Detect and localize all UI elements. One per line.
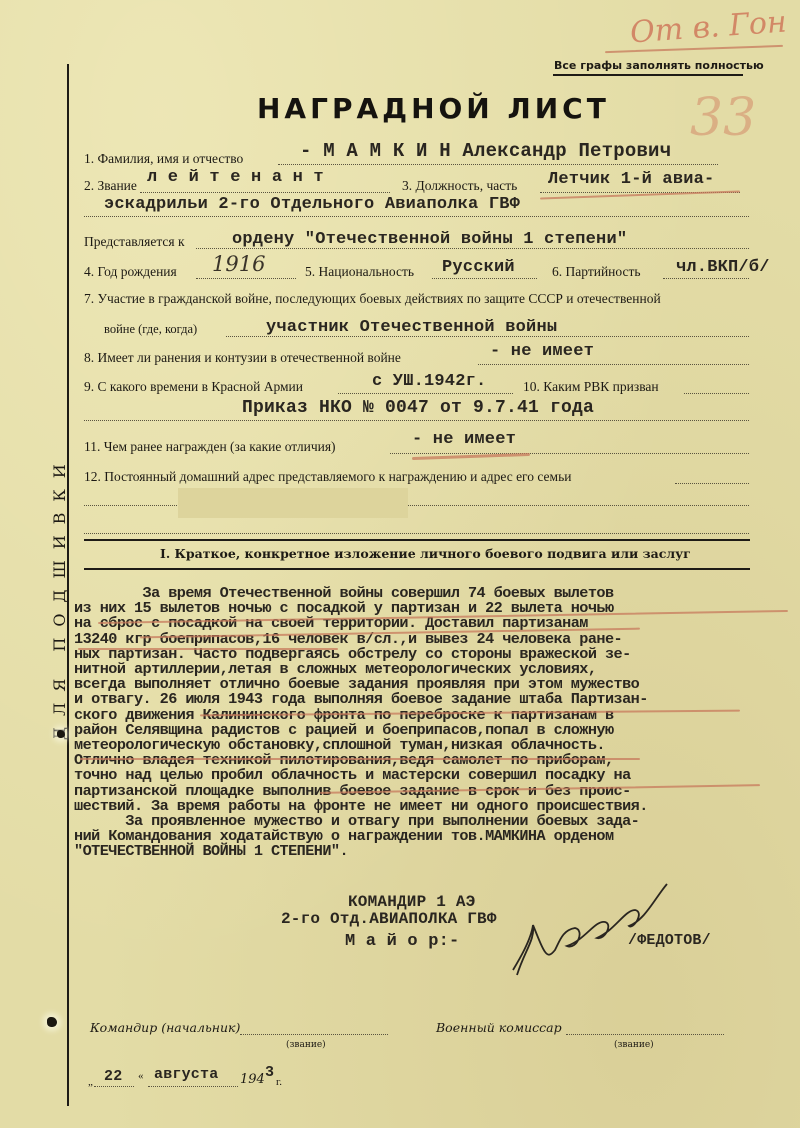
field-previous-awards-label: 11. Чем ранее награжден (за какие отличи…	[84, 439, 336, 455]
field-rank-line	[140, 192, 390, 193]
section-bottom-rule	[84, 568, 750, 570]
previous-awards-red-underline	[412, 453, 530, 460]
signature-line1: КОМАНДИР 1 АЭ	[348, 893, 475, 911]
field-position-label: 3. Должность, часть	[402, 178, 517, 194]
section-top-rule	[84, 539, 750, 541]
field-nationality-label: 5. Национальность	[305, 264, 414, 280]
commander-rank-caption: (звание)	[286, 1040, 326, 1050]
field-birth-year-label: 4. Год рождения	[84, 264, 177, 280]
field-home-address-line	[675, 483, 749, 484]
instruction-underline	[553, 74, 743, 76]
field-wounds-label: 8. Имеет ли ранения и контузии в отечест…	[84, 350, 401, 366]
fill-instruction: Все графы заполнять полностью	[554, 59, 764, 72]
date-close-quote: «	[138, 1070, 144, 1082]
field-home-address-label: 12. Постоянный домашний адрес представля…	[84, 469, 571, 485]
field-conscripted-line	[684, 393, 749, 394]
commissar-rank-caption: (звание)	[614, 1040, 654, 1050]
field-nominated-value[interactable]: ордену "Отечественной войны 1 степени"	[232, 230, 627, 249]
signatory-name: /ФЕДОТОВ/	[628, 932, 711, 949]
document-title: НАГРАДНОЙ ЛИСТ	[257, 92, 610, 125]
commander-label: Командир (начальник)	[90, 1020, 240, 1035]
date-day-line	[94, 1086, 134, 1087]
field-rank-label: 2. Звание	[84, 178, 137, 194]
redacted-address	[178, 488, 408, 518]
field-party-line	[663, 278, 749, 279]
field-home-address-line3	[84, 533, 749, 534]
field-previous-awards-value[interactable]: - не имеет	[412, 430, 516, 449]
field-nationality-value[interactable]: Русский	[442, 258, 515, 277]
signature-line2: 2-го Отд.АВИАПОЛКА ГВФ	[281, 910, 497, 928]
field-war-participation-label: 7. Участие в гражданской войне, последую…	[84, 291, 661, 307]
field-war-participation-value[interactable]: участник Отечественной войны	[266, 318, 557, 337]
field-rank-value[interactable]: л е й т е н а н т	[147, 168, 324, 187]
date-year-suffix[interactable]: 3	[265, 1064, 274, 1081]
field-position-value-line2[interactable]: эскадрильи 2-го Отдельного Авиаполка ГВФ	[104, 195, 520, 214]
date-open-quote: „	[88, 1076, 93, 1088]
narrative-red-underline	[80, 758, 640, 760]
field-birth-year-line	[196, 278, 296, 279]
red-handwritten-number: 33	[690, 88, 756, 148]
field-army-since-value[interactable]: с УШ.1942г.	[372, 372, 486, 391]
field-previous-awards-line	[390, 453, 749, 454]
field-party-label: 6. Партийность	[552, 264, 641, 280]
field-position-line2	[84, 216, 749, 217]
field-conscripted-label: 10. Каким РВК призван	[523, 379, 659, 395]
corner-handwritten-note: От в. Гон	[629, 5, 788, 51]
narrative-red-underline	[78, 648, 338, 650]
date-year-prefix: 194	[240, 1072, 265, 1087]
field-nationality-line	[432, 278, 537, 279]
date-month[interactable]: августа	[154, 1066, 218, 1083]
commissar-line	[566, 1034, 724, 1035]
date-year-abbrev: г.	[276, 1076, 282, 1088]
field-war-participation-label2: войне (где, когда)	[104, 322, 197, 337]
field-conscripted-value[interactable]: Приказ НКО № 0047 от 9.7.41 года	[242, 398, 594, 418]
field-party-value[interactable]: чл.ВКП/б/	[676, 258, 770, 277]
narrative-line: "ОТЕЧЕСТВЕННОЙ ВОЙНЫ 1 СТЕПЕНИ".	[74, 844, 648, 859]
field-name-line	[278, 164, 718, 165]
field-name-value[interactable]: - М А М К И Н Александр Петрович	[300, 140, 671, 162]
field-position-value-line1[interactable]: Летчик 1-й авиа-	[548, 170, 714, 189]
commander-line	[240, 1034, 388, 1035]
field-conscripted-line2	[84, 420, 749, 421]
date-month-line	[148, 1086, 238, 1087]
side-margin-label: ДЛЯ ПОДШИВКИ	[50, 453, 69, 740]
field-name-label: 1. Фамилия, имя и отчество	[84, 151, 243, 167]
section-heading: I. Краткое, конкретное изложение личного…	[160, 546, 691, 561]
field-wounds-line	[478, 364, 749, 365]
commissar-label: Военный комиссар	[436, 1020, 562, 1035]
punch-hole	[47, 1017, 57, 1027]
field-army-since-label: 9. С какого времени в Красной Армии	[84, 379, 303, 395]
field-wounds-value[interactable]: - не имеет	[490, 342, 594, 361]
narrative: За время Отечественной войны совершил 74…	[74, 586, 648, 860]
signature-line3: М а й о р:-	[345, 932, 459, 951]
field-nominated-label: Представляется к	[84, 234, 185, 250]
field-army-since-line	[338, 393, 513, 394]
field-birth-year-value[interactable]: 1916	[212, 252, 265, 276]
date-day[interactable]: 22	[104, 1068, 122, 1085]
punch-hole	[57, 730, 65, 738]
